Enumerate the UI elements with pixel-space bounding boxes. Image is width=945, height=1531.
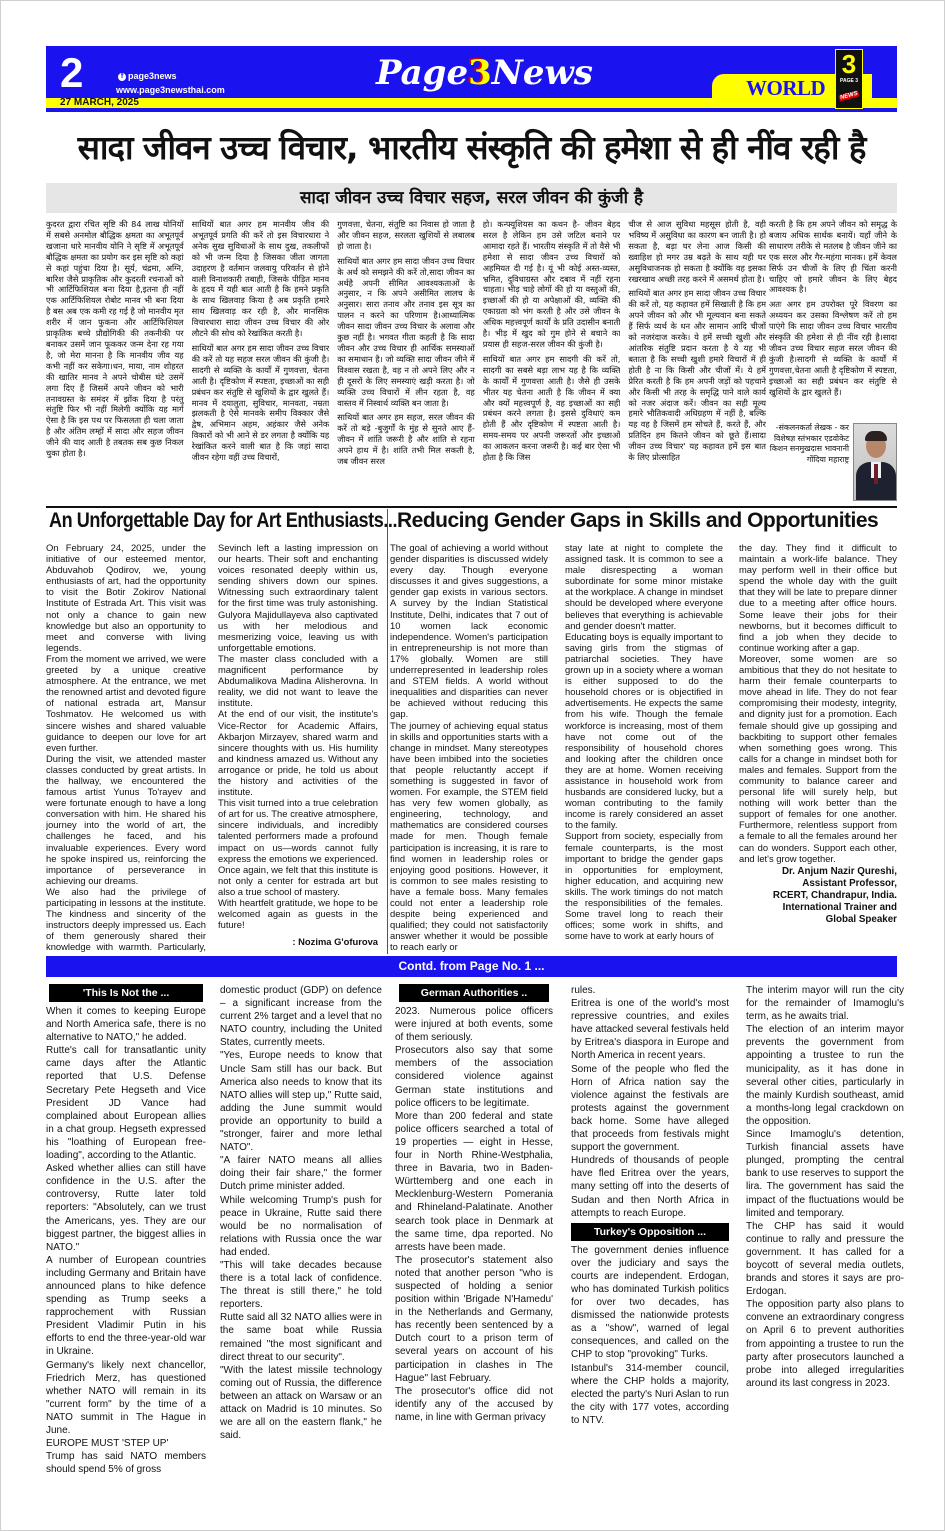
paragraph: Germany's likely next chancellor, Friedr… <box>46 1359 206 1438</box>
paragraph: Some of the people who fled the Horn of … <box>571 1063 729 1155</box>
logo: Page3News <box>376 50 593 96</box>
paragraph: हो। कन्फ्यूशियस का कथन है- जीवन बेहद सरल… <box>483 219 621 350</box>
paragraph: गुणवत्ता, चेतना, संतुष्टि का निवास हो जा… <box>337 219 475 252</box>
paragraph: Hundreds of thousands of people have fle… <box>571 1154 729 1219</box>
paragraph: During the visit, we attended master cla… <box>46 753 206 886</box>
art-column-2: Sevinch left a lasting impression on our… <box>218 542 378 952</box>
paragraph: करती है कि हम अपने जीवन को समृद्ध के बजा… <box>769 219 897 295</box>
paragraph: This visit turned into a true celebratio… <box>218 797 378 897</box>
hindi-article-body: कुदरत द्वारा रचित सृष्टि की 84 लाख योनिय… <box>46 219 766 505</box>
paragraph: From the moment we arrived, we were gree… <box>46 653 206 753</box>
paragraph: Prosecutors also say that some members o… <box>395 1044 553 1109</box>
gender-signoff: Dr. Anjum Nazir Qureshi, Assistant Profe… <box>739 866 897 926</box>
hindi-column-2: साथियों बात अगर हम मानवीय जीव की अभूतपूर… <box>192 219 330 505</box>
art-article-title: An Unforgettable Day for Art Enthusiasts… <box>49 509 397 533</box>
turkey-article-label[interactable]: Turkey's Opposition ... <box>571 1223 729 1241</box>
paragraph: Rutte's call for transatlantic unity cam… <box>46 1044 206 1162</box>
paragraph: The election of an interim mayor prevent… <box>746 1023 904 1128</box>
art-byline: : Nozima G'ofurova <box>218 936 378 947</box>
author-block: -संकलनकर्ता लेखक - कर विशेषज्ञ स्तंभकार … <box>769 423 897 503</box>
column-divider <box>387 509 388 954</box>
paragraph: Trump has said NATO members should spend… <box>46 1450 206 1476</box>
signoff-line: Assistant Professor, <box>739 878 897 890</box>
hindi-column-1: कुदरत द्वारा रचित सृष्टि की 84 लाख योनिय… <box>46 219 184 505</box>
badge-line: PAGE 3 <box>836 78 862 84</box>
german-column-1: German Authorities .. 2023. Numerous pol… <box>395 984 553 1489</box>
continued-banner: Contd. from Page No. 1 ... <box>46 956 897 977</box>
paragraph: The goal of achieving a world without ge… <box>390 542 548 720</box>
art-column-1: On February 24, 2025, under the initiati… <box>46 542 206 952</box>
nato-column-1: 'This Is Not the ... When it comes to ke… <box>46 984 206 1489</box>
paragraph: At the end of our visit, the institute's… <box>218 708 378 797</box>
paragraph: साथियों बात अगर हम सादा जीवन उच्च विचार … <box>337 256 475 409</box>
paragraph: The CHP has said it would continue to ra… <box>746 1220 904 1299</box>
paragraph: साथियों बात अगर हम सादगी की करें तो, साद… <box>483 354 621 463</box>
paragraph: A number of European countries including… <box>46 1254 206 1359</box>
paragraph: "This will take decades because there is… <box>220 1259 382 1311</box>
paragraph: 2023. Numerous police officers were inju… <box>395 1005 553 1044</box>
issue-date: 27 MARCH, 2025 <box>60 98 139 108</box>
paragraph: Asked whether allies can still have conf… <box>46 1162 206 1254</box>
paragraph: Educating boys is equally important to s… <box>565 631 723 831</box>
paragraph: The government denies influence over the… <box>571 1244 729 1362</box>
paragraph: The interim mayor will run the city for … <box>746 984 904 1023</box>
paragraph: domestic product (GDP) on defence – a si… <box>220 984 382 1049</box>
paragraph: With heartfelt gratitude, we hope to be … <box>218 897 378 930</box>
badge-news: NEWS <box>839 91 860 102</box>
paragraph: साथियों बात अगर हम सादा जीवन उच्च विचार … <box>192 343 330 463</box>
logo-right: News <box>492 53 593 93</box>
hindi-headline: सादा जीवन उच्च विचार, भारतीय संस्कृति की… <box>46 123 897 173</box>
paragraph: stay late at night to complete the assig… <box>565 542 723 631</box>
paragraph: साथियों बात अगर हम मानवीय जीव की अभूतपूर… <box>192 219 330 339</box>
gender-column-2: stay late at night to complete the assig… <box>565 542 723 952</box>
hindi-column-6: करती है कि हम अपने जीवन को समृद्ध के बजा… <box>769 219 897 421</box>
nato-article-label[interactable]: 'This Is Not the ... <box>49 984 203 1002</box>
hindi-subheadline: सादा जीवन उच्च विचार सहज, सरल जीवन की कु… <box>46 183 897 213</box>
turkey-column-2: The interim mayor will run the city for … <box>746 984 904 1489</box>
hindi-column-5: चीज से आज सुविधा महसूस होती है, वही भविष… <box>628 219 766 505</box>
page3-badge-icon: 3 PAGE 3 NEWS <box>835 49 863 109</box>
paragraph: The prosecutor's statement also noted th… <box>395 1254 553 1385</box>
facebook-icon: f <box>118 73 126 81</box>
german-turkey-column: rules. Eritrea is one of the world's mos… <box>571 984 729 1489</box>
paragraph: Since Imamoglu's detention, Turkish fina… <box>746 1128 904 1220</box>
subheading: EUROPE MUST 'STEP UP' <box>46 1437 206 1450</box>
logo-left: Page <box>376 53 468 93</box>
signoff-line: Global Speaker <box>739 914 897 926</box>
badge-number: 3 <box>836 50 862 78</box>
paragraph: "With the latest missile technology comi… <box>220 1364 382 1443</box>
paragraph: Istanbul's 314-member council, where the… <box>571 1362 729 1427</box>
newspaper-page: 2 fpage3news www.page3newsthai.com Page3… <box>0 0 945 1531</box>
german-article-label[interactable]: German Authorities .. <box>399 984 549 1002</box>
logo-three: 3 <box>468 53 492 93</box>
hindi-column-4: हो। कन्फ्यूशियस का कथन है- जीवन बेहद सरल… <box>483 219 621 505</box>
paragraph: कुदरत द्वारा रचित सृष्टि की 84 लाख योनिय… <box>46 219 184 459</box>
paragraph: Support from society, especially from fe… <box>565 830 723 941</box>
paragraph: The opposition party also plans to conve… <box>746 1298 904 1390</box>
paragraph: Sevinch left a lasting impression on our… <box>218 542 378 653</box>
paragraph: साथियों बात अगर हम सहज, सरल जीवन की करें… <box>337 412 475 467</box>
gender-column-3: the day. They find it difficult to maint… <box>739 542 897 952</box>
paragraph: Moreover, some women are so ambitious th… <box>739 653 897 864</box>
social-handle[interactable]: fpage3news <box>118 71 177 81</box>
paragraph: Eritrea is one of the world's most repre… <box>571 997 729 1062</box>
author-photo <box>853 423 897 501</box>
nato-column-2: domestic product (GDP) on defence – a si… <box>220 984 382 1489</box>
paragraph: While welcoming Trump's push for peace i… <box>220 1194 382 1259</box>
paragraph: The master class concluded with a magnif… <box>218 653 378 708</box>
paragraph: We also had the privilege of participati… <box>46 886 206 952</box>
paragraph: On February 24, 2025, under the initiati… <box>46 542 206 653</box>
page-number: 2 <box>60 50 83 96</box>
gender-article-title: Reducing Gender Gaps in Skills and Oppor… <box>397 509 878 533</box>
paragraph: "Yes, Europe needs to know that Uncle Sa… <box>220 1049 382 1154</box>
signoff-line: RCERT, Chandrapur, India. <box>739 890 897 902</box>
section-divider <box>46 506 897 508</box>
author-credit: -संकलनकर्ता लेखक - कर विशेषज्ञ स्तंभकार … <box>769 423 849 465</box>
paragraph: the day. They find it difficult to maint… <box>739 542 897 653</box>
paragraph: चीज से आज सुविधा महसूस होती है, वही भविष… <box>628 219 766 284</box>
section-label: WORLD <box>746 76 825 101</box>
paragraph: अतः अगर हम उपरोक्त पूरे विवरण का अध्ययन … <box>769 299 897 397</box>
paragraph: साथियों बात अगर हम सादा जीवन उच्च विचार … <box>628 288 766 463</box>
social-handle-text: page3news <box>128 71 177 81</box>
signoff-line: Dr. Anjum Nazir Qureshi, <box>739 866 897 878</box>
gender-column-1: The goal of achieving a world without ge… <box>390 542 548 952</box>
paragraph: "A fairer NATO means all allies doing th… <box>220 1154 382 1193</box>
paragraph: The journey of achieving equal status in… <box>390 720 548 953</box>
paragraph: Rutte said all 32 NATO allies were in th… <box>220 1311 382 1363</box>
paragraph: When it comes to keeping Europe and Nort… <box>46 1005 206 1044</box>
hindi-column-3: गुणवत्ता, चेतना, संतुष्टि का निवास हो जा… <box>337 219 475 505</box>
paragraph: More than 200 federal and state police o… <box>395 1110 553 1254</box>
paragraph: The prosecutor's office did not identify… <box>395 1385 553 1424</box>
masthead-bottom-rule <box>46 108 897 112</box>
website-link[interactable]: www.page3newsthai.com <box>116 85 225 95</box>
masthead: 2 fpage3news www.page3newsthai.com Page3… <box>46 46 897 112</box>
signoff-line: International Trainer and <box>739 902 897 914</box>
paragraph: rules. <box>571 984 729 997</box>
